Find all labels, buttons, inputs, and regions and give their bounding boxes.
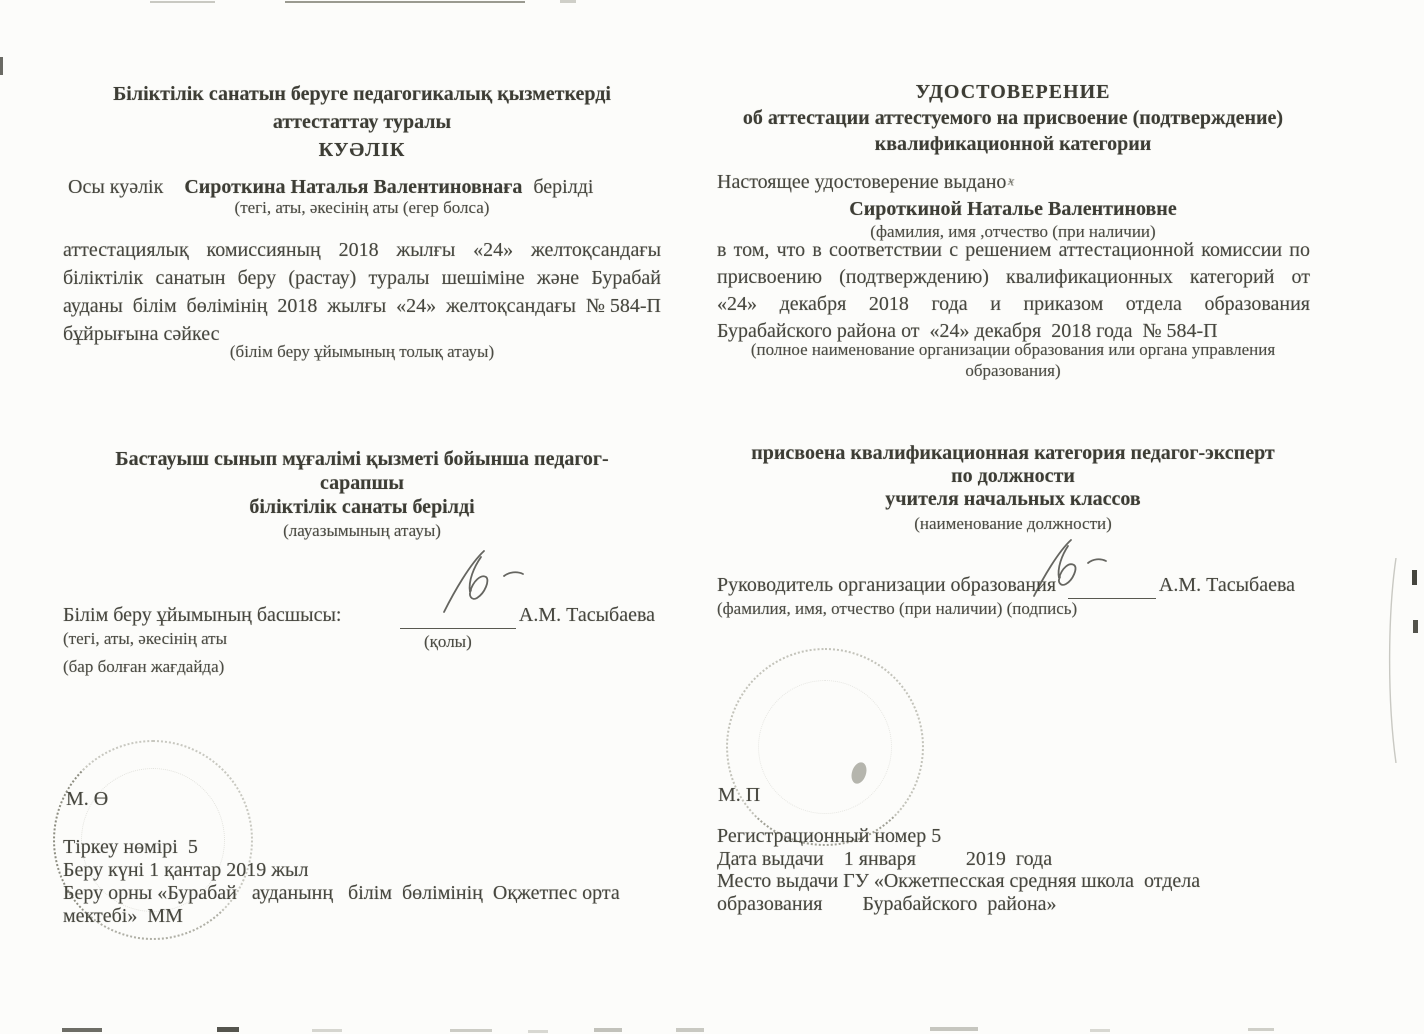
scan-artifact [1090, 1029, 1110, 1032]
scan-artifact [217, 1027, 239, 1032]
kz-issue-place-line-1: Беру орны «Бурабай ауданынң білім бөлімі… [63, 882, 663, 905]
ru-body-hint: (полное наименование организации образов… [715, 339, 1311, 381]
kz-category-line-3: біліктілік санаты берілді [63, 495, 661, 519]
ru-category-hint: (наименование должности) [715, 513, 1311, 534]
ru-issue-date: Дата выдачи 1 января 2019 года [717, 848, 1317, 871]
ru-issued-prefix: Настоящее удостоверение выдано [717, 171, 1006, 193]
ru-category-line-3: учителя начальных классов [715, 488, 1311, 511]
kz-category-line-1: Бастауыш сынып мұғалімі қызметі бойынша … [63, 447, 661, 471]
ru-category-block: присвоена квалификационная категория пед… [715, 442, 1311, 511]
ru-body-hint-line-1: (полное наименование организации образов… [715, 339, 1311, 360]
ru-title-line-2: об аттестации аттестуемого на присвоение… [715, 105, 1311, 131]
ru-body-line: присвоению (подтверждению) квалификацион… [717, 264, 1310, 291]
ru-registration-block: Регистрационный номер 5 Дата выдачи 1 ян… [717, 825, 1317, 915]
kz-registration-number: Тіркеу нөмірі 5 [63, 836, 663, 859]
ru-head-name: А.М. Тасыбаева [1159, 571, 1295, 599]
kz-issued-suffix: берілді [533, 176, 593, 198]
scan-artifact [312, 1029, 342, 1032]
kz-title-block: Біліктілік санатын беруге педагогикалық … [63, 80, 661, 164]
ru-holder-name: Сироткиной Наталье Валентиновне [715, 195, 1311, 223]
ru-issue-place-line-1: Место выдачи ГУ «Окжетпесская средняя шк… [717, 870, 1317, 893]
scan-artifact [528, 1030, 548, 1033]
kz-category-block: Бастауыш сынып мұғалімі қызметі бойынша … [63, 447, 661, 519]
ru-body-hint-line-2: образования) [715, 360, 1311, 381]
kz-holder-name: Сироткина Наталья Валентиновнаға [184, 176, 522, 198]
scan-artifact [594, 1028, 622, 1032]
scan-artifact [560, 0, 576, 3]
ru-registration-number: Регистрационный номер 5 [717, 825, 1317, 848]
ru-title-block: УДОСТОВЕРЕНИЕ об аттестации аттестуемого… [715, 79, 1311, 157]
kz-issue-date: Беру күні 1 қантар 2019 жыл [63, 859, 663, 882]
ru-title-line-1: УДОСТОВЕРЕНИЕ [715, 79, 1311, 105]
kz-head-label: Білім беру ұйымының басшысы: [63, 601, 341, 629]
scan-artifact-curve [1384, 558, 1404, 763]
scanned-certificate-page: Біліктілік санатын беруге педагогикалық … [0, 0, 1424, 1034]
ru-body-paragraph: в том, что в соответствии с решением атт… [717, 237, 1310, 345]
scan-artifact [676, 1028, 704, 1032]
ru-stray-mark: ӿ [1006, 172, 1016, 189]
scan-artifact [1412, 570, 1417, 585]
kz-issue-place-line-2: мектебі» ММ [63, 905, 663, 928]
kz-body-hint: (білім беру ұйымының толық атауы) [63, 341, 661, 362]
kz-head-hint-1: (тегі, аты, әкесінің аты [63, 628, 227, 649]
ru-issued-line: Настоящее удостоверение выдано [717, 168, 1006, 196]
ru-round-seal [726, 648, 924, 846]
kz-name-hint: (тегі, аты, әкесінің аты (егер болса) [63, 197, 661, 218]
kz-title-line-1: Біліктілік санатын беруге педагогикалық … [63, 80, 661, 108]
scan-artifact [285, 1, 525, 3]
scan-artifact [1413, 620, 1418, 633]
scan-artifact [150, 1, 215, 3]
kz-category-hint: (лауазымының атауы) [63, 520, 661, 541]
kz-body-line: аттестациялық комиссияның 2018 жылғы «24… [63, 236, 661, 264]
ru-body-line: «24» декабря 2018 года и приказом отдела… [717, 291, 1310, 318]
kz-head-name: А.М. Тасыбаева [519, 601, 655, 629]
kz-registration-block: Тіркеу нөмірі 5 Беру күні 1 қантар 2019 … [63, 836, 663, 928]
kz-body-line: біліктілік санатын беру (растау) туралы … [63, 264, 661, 292]
kz-head-hint-2: (бар болған жағдайда) [63, 656, 224, 677]
scan-artifact [450, 1029, 492, 1032]
kz-title-line-3: КУӘЛІК [63, 136, 661, 164]
kz-head-row: Білім беру ұйымының басшысы: А.М. Тасыба… [63, 601, 655, 629]
kz-signature-line [400, 623, 516, 629]
scan-artifact [0, 57, 3, 75]
kz-issued-prefix: Осы куәлік [68, 176, 163, 198]
ru-issue-place-line-2: образования Бурабайского района» [717, 893, 1317, 916]
ru-category-line-1: присвоена квалификационная категория пед… [715, 442, 1311, 465]
kz-seal-mark: М. Ө [66, 785, 108, 813]
ru-signature-line [1068, 593, 1156, 599]
ru-seal-mark: М. П [718, 781, 760, 809]
ru-head-row: Руководитель организации образования А.М… [717, 571, 1295, 599]
ru-head-hint: (фамилия, имя, отчество (при наличии) (п… [717, 598, 1077, 619]
ru-head-label: Руководитель организации образования [717, 571, 1056, 599]
scan-artifact [930, 1027, 978, 1031]
scan-artifact [62, 1028, 102, 1032]
ru-title-line-3: квалификационной категории [715, 131, 1311, 157]
scan-artifact [1248, 1028, 1274, 1031]
ru-category-line-2: по должности [715, 465, 1311, 488]
kz-signature-hint: (қолы) [424, 631, 472, 652]
kz-title-line-2: аттестаттау туралы [63, 108, 661, 136]
kz-category-line-2: сарапшы [63, 471, 661, 495]
kz-body-paragraph: аттестациялық комиссияның 2018 жылғы «24… [63, 236, 661, 348]
kz-body-line: ауданы білім бөлімінің 2018 жылғы «24» ж… [63, 292, 661, 320]
ru-body-line: в том, что в соответствии с решением атт… [717, 237, 1310, 264]
